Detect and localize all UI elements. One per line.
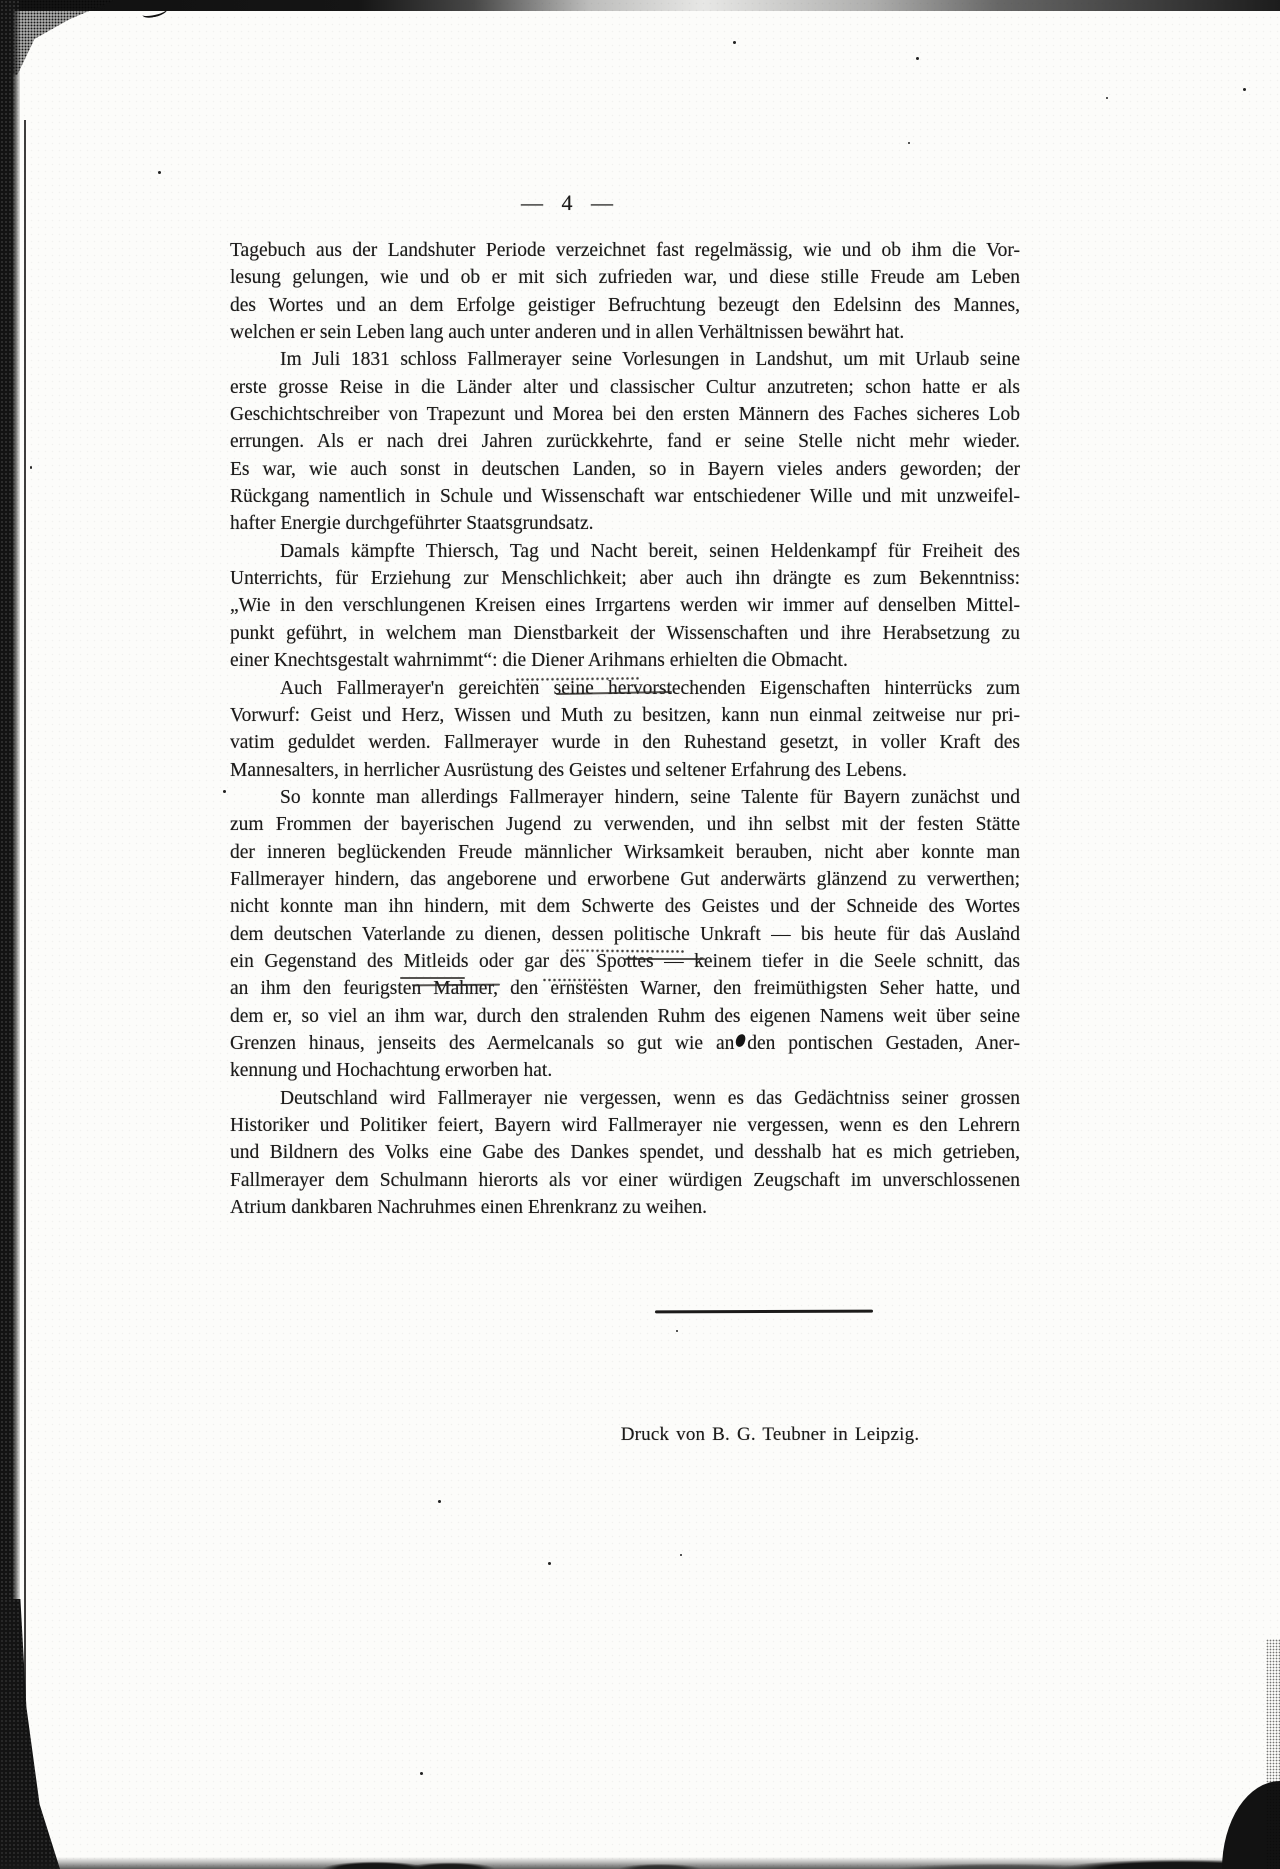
pencil-overline-keinem bbox=[625, 958, 705, 960]
text-line: Rückgang namentlich in Schule und Wissen… bbox=[230, 483, 1020, 510]
paragraph: Damals kämpfte Thiersch, Tag und Nacht b… bbox=[230, 538, 1020, 675]
dust-speck bbox=[438, 1500, 441, 1503]
text-line: des Wortes und an dem Erfolge geistiger … bbox=[230, 292, 1020, 319]
text-line: punkt geführt, in welchem man Dienstbark… bbox=[230, 620, 1020, 647]
text-line: nicht konnte man ihn hindern, mit dem Sc… bbox=[230, 893, 1020, 920]
dust-speck bbox=[938, 927, 941, 929]
text-line: Mannesalters, in herrlicher Ausrüstung d… bbox=[230, 757, 1020, 784]
text-line: dem deutschen Vaterlande zu dienen, dess… bbox=[230, 921, 1020, 948]
dust-speck bbox=[158, 171, 161, 174]
text-line: an ihm den feurigsten Mahner, den ernste… bbox=[230, 975, 1020, 1002]
text-block: Tagebuch aus der Landshuter Periode verz… bbox=[230, 237, 1020, 1221]
scan-artifact-right-fray bbox=[1266, 1639, 1280, 1869]
paragraph: Deutschland wird Fallmerayer nie vergess… bbox=[230, 1085, 1020, 1222]
text-line: zum Frommen der bayerischen Jugend zu ve… bbox=[230, 811, 1020, 838]
scanned-page: — 4 — Tagebuch aus der Landshuter Period… bbox=[0, 0, 1280, 1869]
dust-speck bbox=[676, 1330, 678, 1332]
pencil-underline-spottes bbox=[542, 978, 602, 982]
text-line: der inneren beglückenden Freude männlich… bbox=[230, 839, 1020, 866]
dust-speck bbox=[1106, 97, 1108, 99]
text-line: Grenzen hinaus, jenseits des Aermelcanal… bbox=[230, 1030, 1020, 1057]
dust-speck bbox=[908, 142, 910, 144]
text-line: dem er, so viel an ihm war, durch den st… bbox=[230, 1003, 1020, 1030]
text-line: errungen. Als er nach drei Jahren zurück… bbox=[230, 428, 1020, 455]
dust-speck bbox=[420, 1772, 423, 1775]
pencil-underline-mitleids bbox=[400, 977, 465, 979]
text-line: Deutschland wird Fallmerayer nie vergess… bbox=[230, 1085, 1020, 1112]
dust-speck bbox=[548, 1562, 551, 1565]
scan-artifact-left-edge bbox=[0, 0, 20, 1869]
text-line: kennung und Hochachtung erworben hat. bbox=[230, 1057, 1020, 1084]
text-line: Damals kämpfte Thiersch, Tag und Nacht b… bbox=[230, 538, 1020, 565]
printer-imprint: Druck von B. G. Teubner in Leipzig. bbox=[600, 1424, 940, 1446]
paragraph: Im Juli 1831 schloss Fallmerayer seine V… bbox=[230, 346, 1020, 537]
text-line: Im Juli 1831 schloss Fallmerayer seine V… bbox=[230, 346, 1020, 373]
text-line: „Wie in den verschlungenen Kreisen eines… bbox=[230, 592, 1020, 619]
scan-artifact-top-edge bbox=[0, 0, 1280, 11]
text-line: welchen er sein Leben lang auch unter an… bbox=[230, 319, 1020, 346]
dust-speck bbox=[223, 790, 226, 793]
dust-speck bbox=[30, 466, 32, 469]
text-line: Geschichtschreiber von Trapezunt und Mor… bbox=[230, 401, 1020, 428]
dust-speck bbox=[680, 1554, 682, 1556]
text-line: Es war, wie auch sonst in deutschen Land… bbox=[230, 456, 1020, 483]
dust-speck bbox=[916, 57, 919, 60]
dust-speck bbox=[1000, 927, 1003, 929]
text-line: lesung gelungen, wie und ob er mit sich … bbox=[230, 264, 1020, 291]
text-line: Fallmerayer hindern, das angeborene und … bbox=[230, 866, 1020, 893]
scan-artifact-left-line bbox=[24, 120, 26, 1869]
paragraph: Tagebuch aus der Landshuter Periode verz… bbox=[230, 237, 1020, 346]
paragraph: So konnte man allerdings Fallmerayer hin… bbox=[230, 784, 1020, 1085]
text-line: Unterrichts, für Erziehung zur Menschlic… bbox=[230, 565, 1020, 592]
dust-speck bbox=[733, 41, 736, 44]
text-line: Fallmerayer dem Schulmann hierorts als v… bbox=[230, 1167, 1020, 1194]
separator-rule bbox=[655, 1310, 873, 1314]
scan-artifact-bottom-edge bbox=[0, 1853, 1280, 1869]
text-line: vatim geduldet werden. Fallmerayer wurde… bbox=[230, 729, 1020, 756]
text-line: hafter Energie durchgeführter Staatsgrun… bbox=[230, 510, 1020, 537]
text-line: und Bildnern des Volks eine Gabe des Dan… bbox=[230, 1139, 1020, 1166]
text-line: Atrium dankbaren Nachruhmes einen Ehrenk… bbox=[230, 1194, 1020, 1221]
text-line: Tagebuch aus der Landshuter Periode verz… bbox=[230, 237, 1020, 264]
text-line: So konnte man allerdings Fallmerayer hin… bbox=[230, 784, 1020, 811]
dust-speck bbox=[1243, 88, 1246, 91]
text-line: Historiker und Politiker feiert, Bayern … bbox=[230, 1112, 1020, 1139]
text-line: einer Knechtsgestalt wahrnimmt“: die Die… bbox=[230, 647, 1020, 674]
page-number: — 4 — bbox=[467, 190, 667, 216]
scan-artifact-bottom-left-corner bbox=[0, 1599, 60, 1869]
text-line: erste grosse Reise in die Länder alter u… bbox=[230, 374, 1020, 401]
text-line: Vorwurf: Geist und Herz, Wissen und Muth… bbox=[230, 702, 1020, 729]
